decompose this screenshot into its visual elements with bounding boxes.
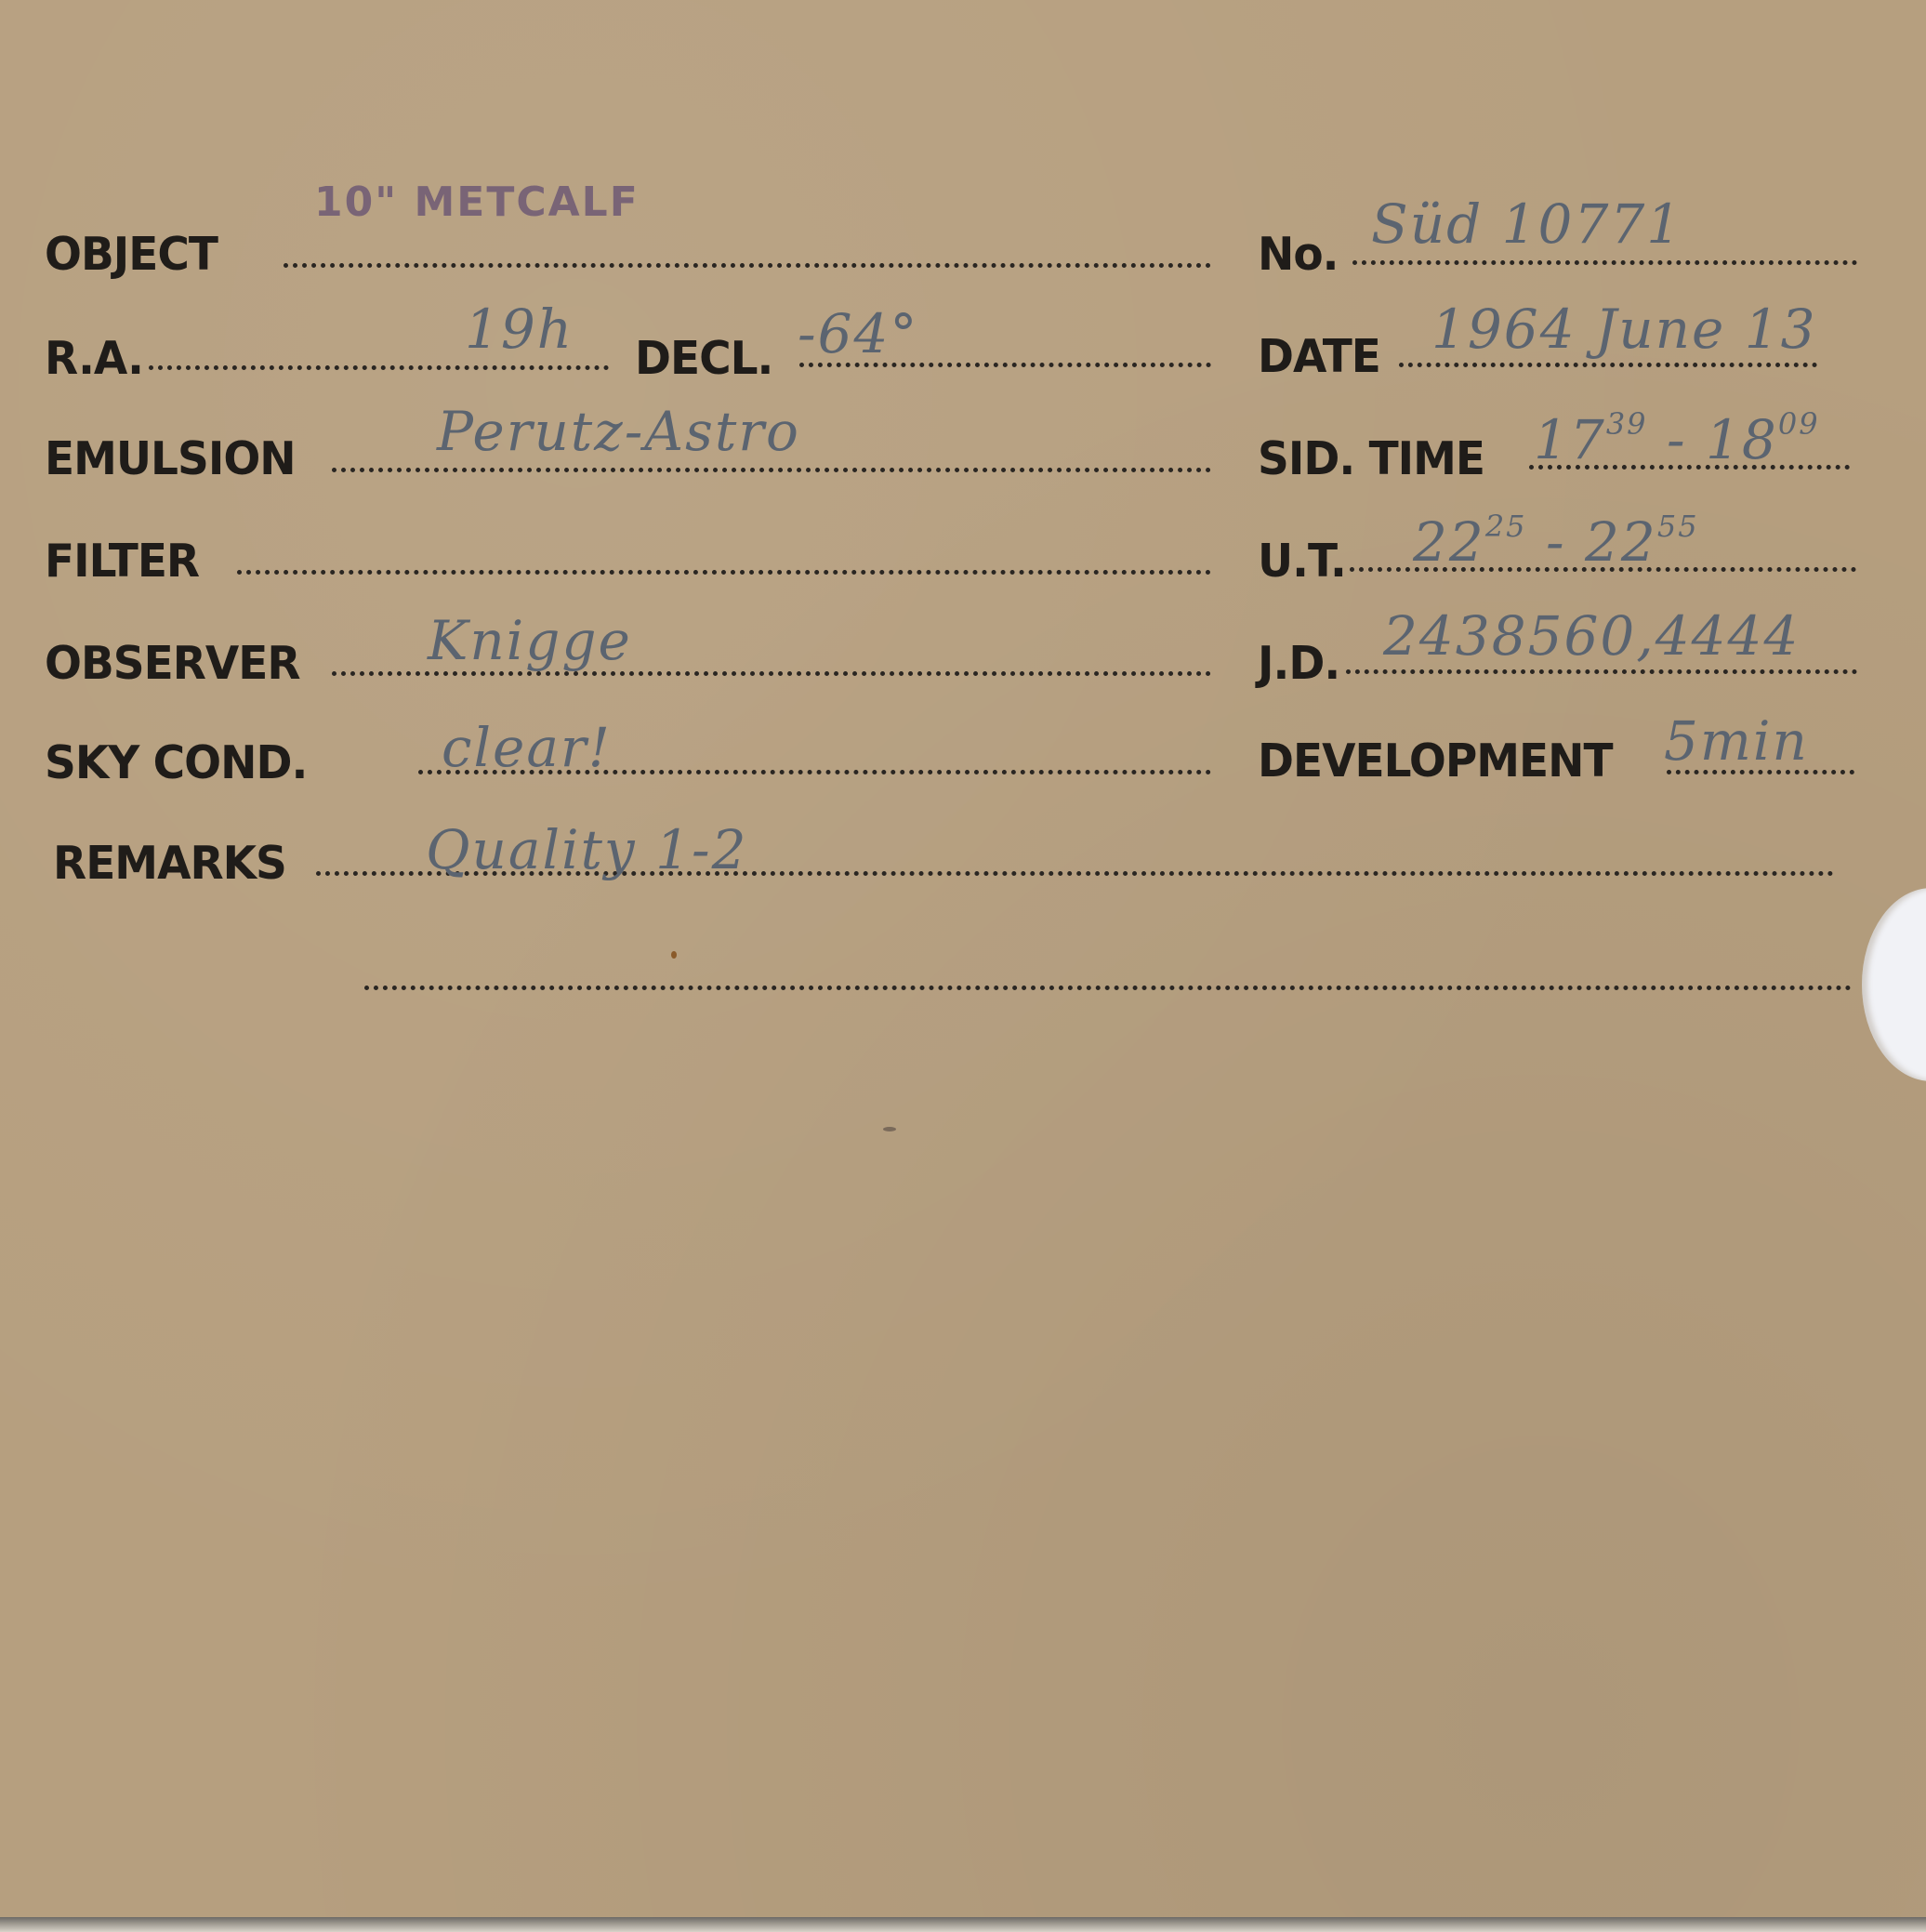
number-line bbox=[1352, 260, 1857, 265]
jd-line bbox=[1346, 669, 1857, 674]
development-label: DEVELOPMENT bbox=[1258, 738, 1613, 784]
object-stamp: 10" METCALF bbox=[314, 179, 640, 226]
emulsion-label: EMULSION bbox=[45, 436, 296, 482]
decl-value: -64° bbox=[798, 307, 918, 361]
date-line bbox=[1399, 363, 1817, 367]
ra-value: 19h bbox=[465, 302, 574, 356]
sky-cond-label: SKY COND. bbox=[45, 740, 307, 786]
emulsion-value: Perutz-Astro bbox=[437, 404, 800, 458]
emulsion-line bbox=[332, 468, 1211, 472]
filter-label: FILTER bbox=[45, 538, 199, 584]
decl-label: DECL. bbox=[635, 336, 772, 381]
number-value: Süd 10771 bbox=[1371, 197, 1682, 251]
ut-value: 2225 - 2255 bbox=[1413, 511, 1699, 569]
filter-line bbox=[237, 570, 1211, 575]
remarks-label: REMARKS bbox=[53, 840, 286, 886]
ra-label: R.A. bbox=[45, 336, 143, 381]
thumb-notch bbox=[1862, 888, 1926, 1081]
number-label: No. bbox=[1258, 232, 1338, 277]
remarks-line-2 bbox=[364, 986, 1852, 990]
remarks-value: Quality 1-2 bbox=[426, 823, 748, 877]
ut-label: U.T. bbox=[1258, 538, 1346, 584]
object-line bbox=[284, 263, 1211, 268]
date-label: DATE bbox=[1258, 334, 1380, 379]
development-value: 5min bbox=[1664, 714, 1809, 768]
plate-envelope: 10" METCALF OBJECT R.A. 19h DECL. -64° E… bbox=[0, 0, 1926, 1917]
sky-cond-value: clear! bbox=[442, 721, 612, 774]
jd-label: J.D. bbox=[1258, 641, 1339, 686]
sid-time-label: SID. TIME bbox=[1258, 436, 1484, 482]
observer-value: Knigge bbox=[428, 614, 632, 668]
paper-speck bbox=[883, 1127, 896, 1131]
scan-bottom-edge bbox=[0, 1917, 1926, 1932]
paper-speck bbox=[671, 951, 677, 959]
jd-value: 2438560,4444 bbox=[1383, 609, 1800, 663]
object-label: OBJECT bbox=[45, 232, 218, 277]
ra-line bbox=[149, 365, 609, 370]
sid-time-value: 1739 - 1809 bbox=[1534, 409, 1820, 467]
observer-label: OBSERVER bbox=[45, 641, 300, 686]
date-value: 1964 June 13 bbox=[1431, 302, 1817, 356]
